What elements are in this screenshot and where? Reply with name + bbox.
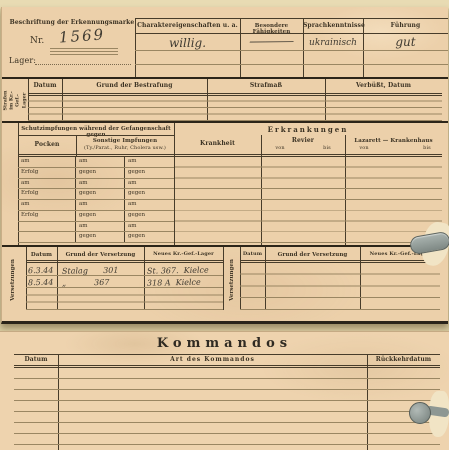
impfungen-cell: am [76, 157, 125, 167]
col-header-sprachkenntnisse: Sprachkenntnisse [303, 23, 363, 30]
scanned-pow-record: Beschriftung der Erkennungsmarke Nr. 156… [0, 0, 449, 450]
impfungen-cell: am [18, 200, 76, 210]
versetzungen-header-grund: Grund der Versetzung [57, 252, 144, 258]
ruled-line [135, 50, 448, 51]
von-label: von [354, 146, 374, 152]
table-border [174, 154, 442, 155]
col-header-charakter: Charaktereigenschaften u. a. [135, 23, 240, 30]
table-border [18, 154, 174, 155]
nr-label: Nr. [30, 36, 44, 46]
impfungen-cell: gegen [125, 189, 174, 199]
kommandos-header-rueckkehr: Rückkehrdatum [367, 357, 440, 364]
impfungen-cell: gegen [125, 211, 174, 221]
impfungen-cell: am [125, 157, 174, 167]
table-border [14, 354, 440, 355]
impfungen-row: Erfolg gegen gegen [18, 168, 174, 179]
impfungen-row: am am [18, 222, 174, 233]
nr-underline [50, 54, 118, 55]
strafen-empty-rows [28, 95, 442, 121]
impfungen-cell: Erfolg [18, 168, 76, 178]
strafen-header-datum: Datum [28, 83, 62, 90]
impfungen-cell: gegen [76, 189, 125, 199]
versetzungen-side-label: Versetzungen [229, 259, 235, 301]
versetzungen-header-grund: Grund der Versetzung [265, 252, 360, 258]
erkrankungen-title: Erkrankungen [174, 126, 442, 134]
impfungen-cell: Erfolg [18, 189, 76, 199]
versetzungen-empty-rows [240, 263, 440, 311]
strafen-header-strafmass: Strafmaß [207, 83, 325, 90]
impfungen-cell: am [125, 179, 174, 189]
erkrankungen-col-lazarett: Lazarett — Krankenhaus [345, 138, 442, 144]
impfungen-row: gegen gegen [18, 232, 174, 243]
table-border [14, 365, 440, 366]
strafen-header-grund: Grund der Bestrafung [62, 83, 207, 90]
impfungen-cell: gegen [76, 168, 125, 178]
erkrankungen-col-krankheit: Krankheit [174, 141, 261, 148]
erkrankungen-col-revier: Revier [261, 138, 345, 145]
strafen-side-label: Strafen im Kr.-Gef.-Lager [3, 90, 28, 112]
impfungen-cell: gegen [125, 232, 174, 242]
impfungen-rows: am am am Erfolg gegen gegen am am am [18, 157, 174, 243]
impfungen-col-sonstige-sub: (Ty./Parat., Ruhr, Cholera usw.) [76, 146, 174, 152]
erkrankungen-empty-rows [175, 157, 442, 243]
entry-lager: 318 A Kielce [145, 278, 223, 287]
versetzungen-header-lager: Neues Kr.-Gef.-Lager [144, 252, 223, 258]
impfungen-cell: gegen [125, 168, 174, 178]
section-divider [2, 245, 448, 247]
ruled-line [135, 64, 448, 65]
versetzungen-entry-row: 8.5.44 „ 367 318 A Kielce [26, 276, 223, 289]
kommandos-empty-rows [14, 368, 440, 450]
col-header-fuehrung: Führung [363, 23, 448, 30]
impfungen-row: Erfolg gegen gegen [18, 211, 174, 222]
pow-record-card: Beschriftung der Erkennungsmarke Nr. 156… [1, 7, 448, 324]
table-border [28, 93, 442, 94]
impfungen-cell: am [125, 200, 174, 210]
entry-grund: Stalag 301 [58, 266, 146, 276]
table-border [26, 260, 223, 261]
von-label: von [270, 146, 290, 152]
impfungen-cell [18, 232, 76, 242]
section-divider [2, 77, 448, 79]
strafen-side-label-wrap: Strafen im Kr.-Gef.-Lager [4, 80, 26, 121]
impfungen-cell [18, 222, 76, 232]
bis-label: bis [417, 146, 437, 152]
versetzungen-entries: 6.3.44 Stalag 301 St. 367. Kielce 8.5.44… [26, 263, 223, 288]
nr-underline [50, 51, 118, 52]
impfungen-cell: am [125, 222, 174, 232]
table-border [135, 18, 448, 19]
kommandos-header-datum: Datum [14, 357, 58, 364]
impfungen-row: Erfolg gegen gegen [18, 189, 174, 200]
impfungen-cell: gegen [76, 232, 125, 242]
impfungen-row: am am am [18, 200, 174, 211]
table-border [76, 135, 77, 157]
versetzungen-header-datum: Datum [240, 252, 265, 258]
bis-label: bis [317, 146, 337, 152]
nr-value-handwritten: 1569 [51, 25, 112, 47]
kommandos-title: Kommandos [0, 337, 449, 352]
versetzungen-side-label: Versetzungen [10, 259, 16, 301]
table-border [240, 260, 440, 261]
entry-datum: 6.3.44 [26, 266, 58, 275]
versetzungen-side-label-wrap: Versetzungen [4, 250, 22, 310]
strafen-header-verbuesst: Verbüßt, Datum [325, 83, 442, 90]
impfungen-cell: am [18, 157, 76, 167]
erkennungsmarke-header: Beschriftung der Erkennungsmarke [8, 20, 136, 27]
metal-fastener [409, 402, 431, 424]
entry-datum: 8.5.44 [26, 279, 58, 288]
section-divider [2, 121, 448, 123]
versetzungen-header-datum: Datum [26, 252, 57, 258]
table-border [18, 135, 174, 136]
lager-dotted-line [35, 56, 131, 65]
entry-lager: St. 367. Kielce [145, 266, 223, 275]
lager-label: Lager: [9, 56, 36, 65]
versetzungen-side-label-wrap: Versetzungen [224, 250, 239, 310]
entry-grund: „ 367 [58, 278, 146, 288]
impfungen-row: am am am [18, 179, 174, 190]
impfungen-cell: Erfolg [18, 211, 76, 221]
impfungen-cell: gegen [76, 211, 125, 221]
impfungen-cell: am [18, 179, 76, 189]
impfungen-title: Schutzimpfungen während der Gefangenscha… [18, 126, 174, 139]
kommandos-header-art: Art des Kommandos [58, 357, 367, 364]
impfungen-cell: am [76, 179, 125, 189]
value-fuehrung-handwritten: gut [363, 35, 448, 49]
value-sprachkenntnisse-handwritten: ukrainisch [303, 38, 363, 48]
impfungen-row: am am am [18, 157, 174, 168]
impfungen-col-pocken: Pocken [18, 142, 76, 149]
nr-underline [50, 48, 118, 49]
versetzungen-entry-row: 6.3.44 Stalag 301 St. 367. Kielce [26, 263, 223, 276]
kommandos-card: Kommandos Datum Art des Kommandos Rückke… [0, 331, 449, 450]
impfungen-col-sonstige: Sonstige Impfungen [76, 138, 174, 144]
impfungen-cell: am [76, 200, 125, 210]
impfungen-cell: am [76, 222, 125, 232]
versetzungen-empty-rows [26, 288, 223, 311]
